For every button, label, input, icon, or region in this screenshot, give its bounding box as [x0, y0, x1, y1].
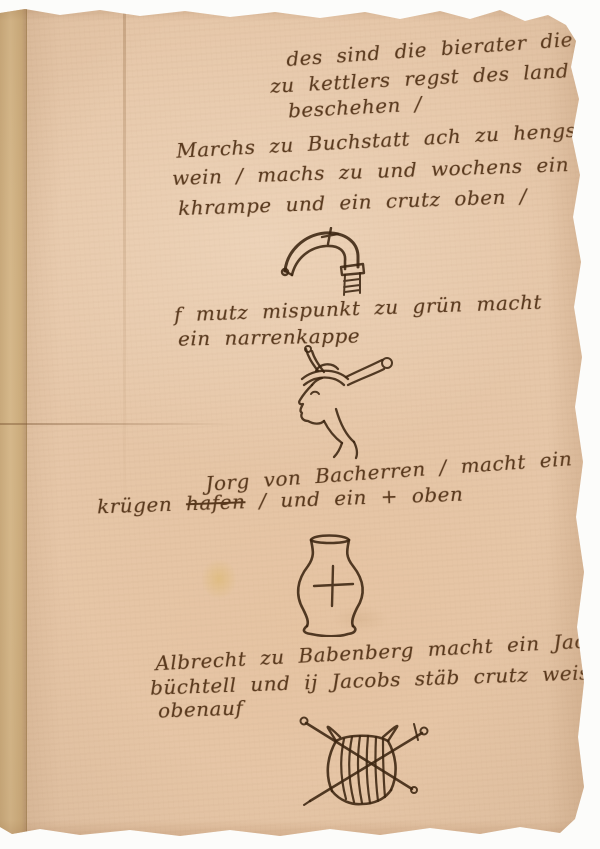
- jug-with-cross-drawing: [280, 527, 380, 637]
- manuscript-line: obenauf: [158, 696, 244, 723]
- manuscript-line: beschehen /: [287, 92, 422, 123]
- manuscript-line: f mutz mispunkt zu grün macht: [174, 290, 543, 327]
- manuscript-line: krügen hafen / und ein + oben: [97, 482, 464, 519]
- line-fragment: krügen: [97, 491, 187, 518]
- vertical-fold-crease: [123, 7, 126, 527]
- jester-head-drawing: [258, 345, 398, 460]
- horizontal-fold-crease: [0, 423, 235, 425]
- struck-word: hafen: [186, 489, 246, 515]
- manuscript-page: des sind die bierater die zu kettlers re…: [0, 7, 589, 838]
- pilgrim-satchel-drawing: [290, 711, 438, 815]
- crampon-with-cross-drawing: [278, 227, 373, 299]
- manuscript-line: khrampe und ein crutz oben /: [178, 184, 528, 220]
- parchment-stain: [195, 552, 243, 606]
